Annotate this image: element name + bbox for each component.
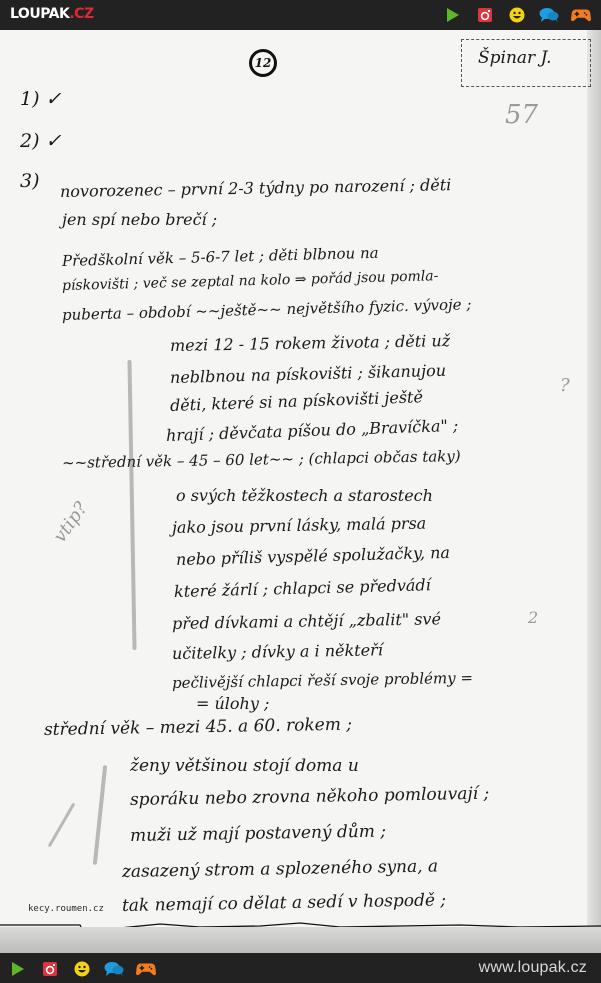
handwritten-line: sporáku nebo zrovna někoho pomlouvají ; bbox=[130, 784, 490, 810]
play-icon[interactable] bbox=[8, 960, 28, 978]
site-url-link[interactable]: www.loupak.cz bbox=[479, 959, 587, 977]
margin-note-question: ? bbox=[560, 375, 570, 396]
pencil-margin-line bbox=[127, 360, 136, 650]
site-logo[interactable]: LOUPAK.CZ bbox=[10, 6, 94, 22]
pencil-scratch bbox=[48, 803, 76, 848]
handwritten-line: neblbnou na pískovišti ; šikanujou bbox=[170, 361, 446, 387]
handwritten-line: před dívkami a chtějí „zbalit" své bbox=[172, 609, 441, 633]
handwritten-line: tak nemají co dělat a sedí v hospodě ; bbox=[122, 890, 446, 916]
handwritten-line: děti, které si na pískovišti ještě bbox=[170, 387, 424, 415]
handwritten-line: učitelky ; dívky a i někteří bbox=[172, 640, 383, 663]
top-navbar: LOUPAK.CZ bbox=[0, 0, 601, 30]
handwritten-line: nebo příliš vyspělé spolužačky, na bbox=[176, 543, 450, 569]
gamepad-icon[interactable] bbox=[136, 960, 156, 978]
play-icon[interactable] bbox=[443, 6, 463, 24]
scan-background bbox=[0, 927, 601, 953]
handwritten-line: 2) ✓ bbox=[20, 130, 61, 152]
handwritten-line: o svých těžkostech a starostech bbox=[176, 486, 433, 505]
instagram-icon[interactable] bbox=[40, 960, 60, 978]
top-icon-bar bbox=[431, 6, 591, 24]
pencil-margin-line-lower bbox=[93, 765, 107, 865]
handwritten-line: ženy většinou stojí doma u bbox=[130, 756, 359, 776]
handwritten-line: Předškolní věk – 5-6-7 let ; děti blbnou… bbox=[62, 244, 379, 270]
handwritten-line: pečlivější chlapci řeší svoje problémy = bbox=[172, 669, 473, 692]
logo-main-text: LOUPAK bbox=[10, 6, 69, 22]
margin-note-two: 2 bbox=[528, 608, 538, 627]
handwritten-line: novorozenec – první 2-3 týdny po narozen… bbox=[60, 175, 452, 201]
handwritten-line: = úlohy ; bbox=[196, 694, 269, 713]
smiley-icon[interactable] bbox=[72, 960, 92, 978]
scanned-document: 12 Špinar J. 57 ? 2 vtip? 1) ✓ 2) ✓ 3) n… bbox=[0, 30, 601, 953]
handwritten-line: puberta – období ~~ještě~~ největšího fy… bbox=[62, 295, 472, 324]
chat-bubbles-icon[interactable] bbox=[539, 6, 559, 24]
gamepad-icon[interactable] bbox=[571, 6, 591, 24]
handwritten-line: mezi 12 - 15 rokem života ; děti už bbox=[170, 331, 450, 355]
handwritten-line: pískovišti ; več se zeptal na kolo ⇒ poř… bbox=[62, 268, 439, 294]
watermark-text: kecy.roumen.cz bbox=[28, 904, 104, 914]
chat-bubbles-icon[interactable] bbox=[104, 960, 124, 978]
handwritten-line: muži už mají postavený dům ; bbox=[130, 822, 386, 846]
paper-edge-shadow bbox=[587, 30, 601, 953]
bottom-navbar: www.loupak.cz bbox=[0, 953, 601, 983]
pencil-margin-note: vtip? bbox=[49, 498, 92, 546]
instagram-icon[interactable] bbox=[475, 6, 495, 24]
handwritten-line-struck: ~~střední věk – 45 – 60 let~~ ; (chlapci… bbox=[62, 447, 461, 472]
logo-tld-text: .CZ bbox=[69, 6, 93, 22]
pencil-scribble-number: 57 bbox=[505, 100, 538, 130]
handwritten-line: střední věk – mezi 45. a 60. rokem ; bbox=[44, 715, 352, 740]
handwritten-line: 1) ✓ bbox=[20, 88, 61, 110]
author-name: Špinar J. bbox=[478, 48, 551, 68]
handwritten-line: zasazený strom a splozeného syna, a bbox=[122, 856, 438, 882]
page-number-badge: 12 bbox=[249, 49, 277, 77]
handwritten-line: jen spí nebo brečí ; bbox=[62, 210, 217, 229]
bottom-icon-bar bbox=[0, 960, 156, 978]
handwritten-line: hrají ; děvčata píšou do „Bravíčka" ; bbox=[166, 416, 459, 445]
smiley-icon[interactable] bbox=[507, 6, 527, 24]
handwritten-line: 3) bbox=[20, 170, 40, 192]
handwritten-line: které žárlí ; chlapci se předvádí bbox=[174, 575, 431, 601]
handwritten-line: jako jsou první lásky, malá prsa bbox=[172, 514, 427, 537]
